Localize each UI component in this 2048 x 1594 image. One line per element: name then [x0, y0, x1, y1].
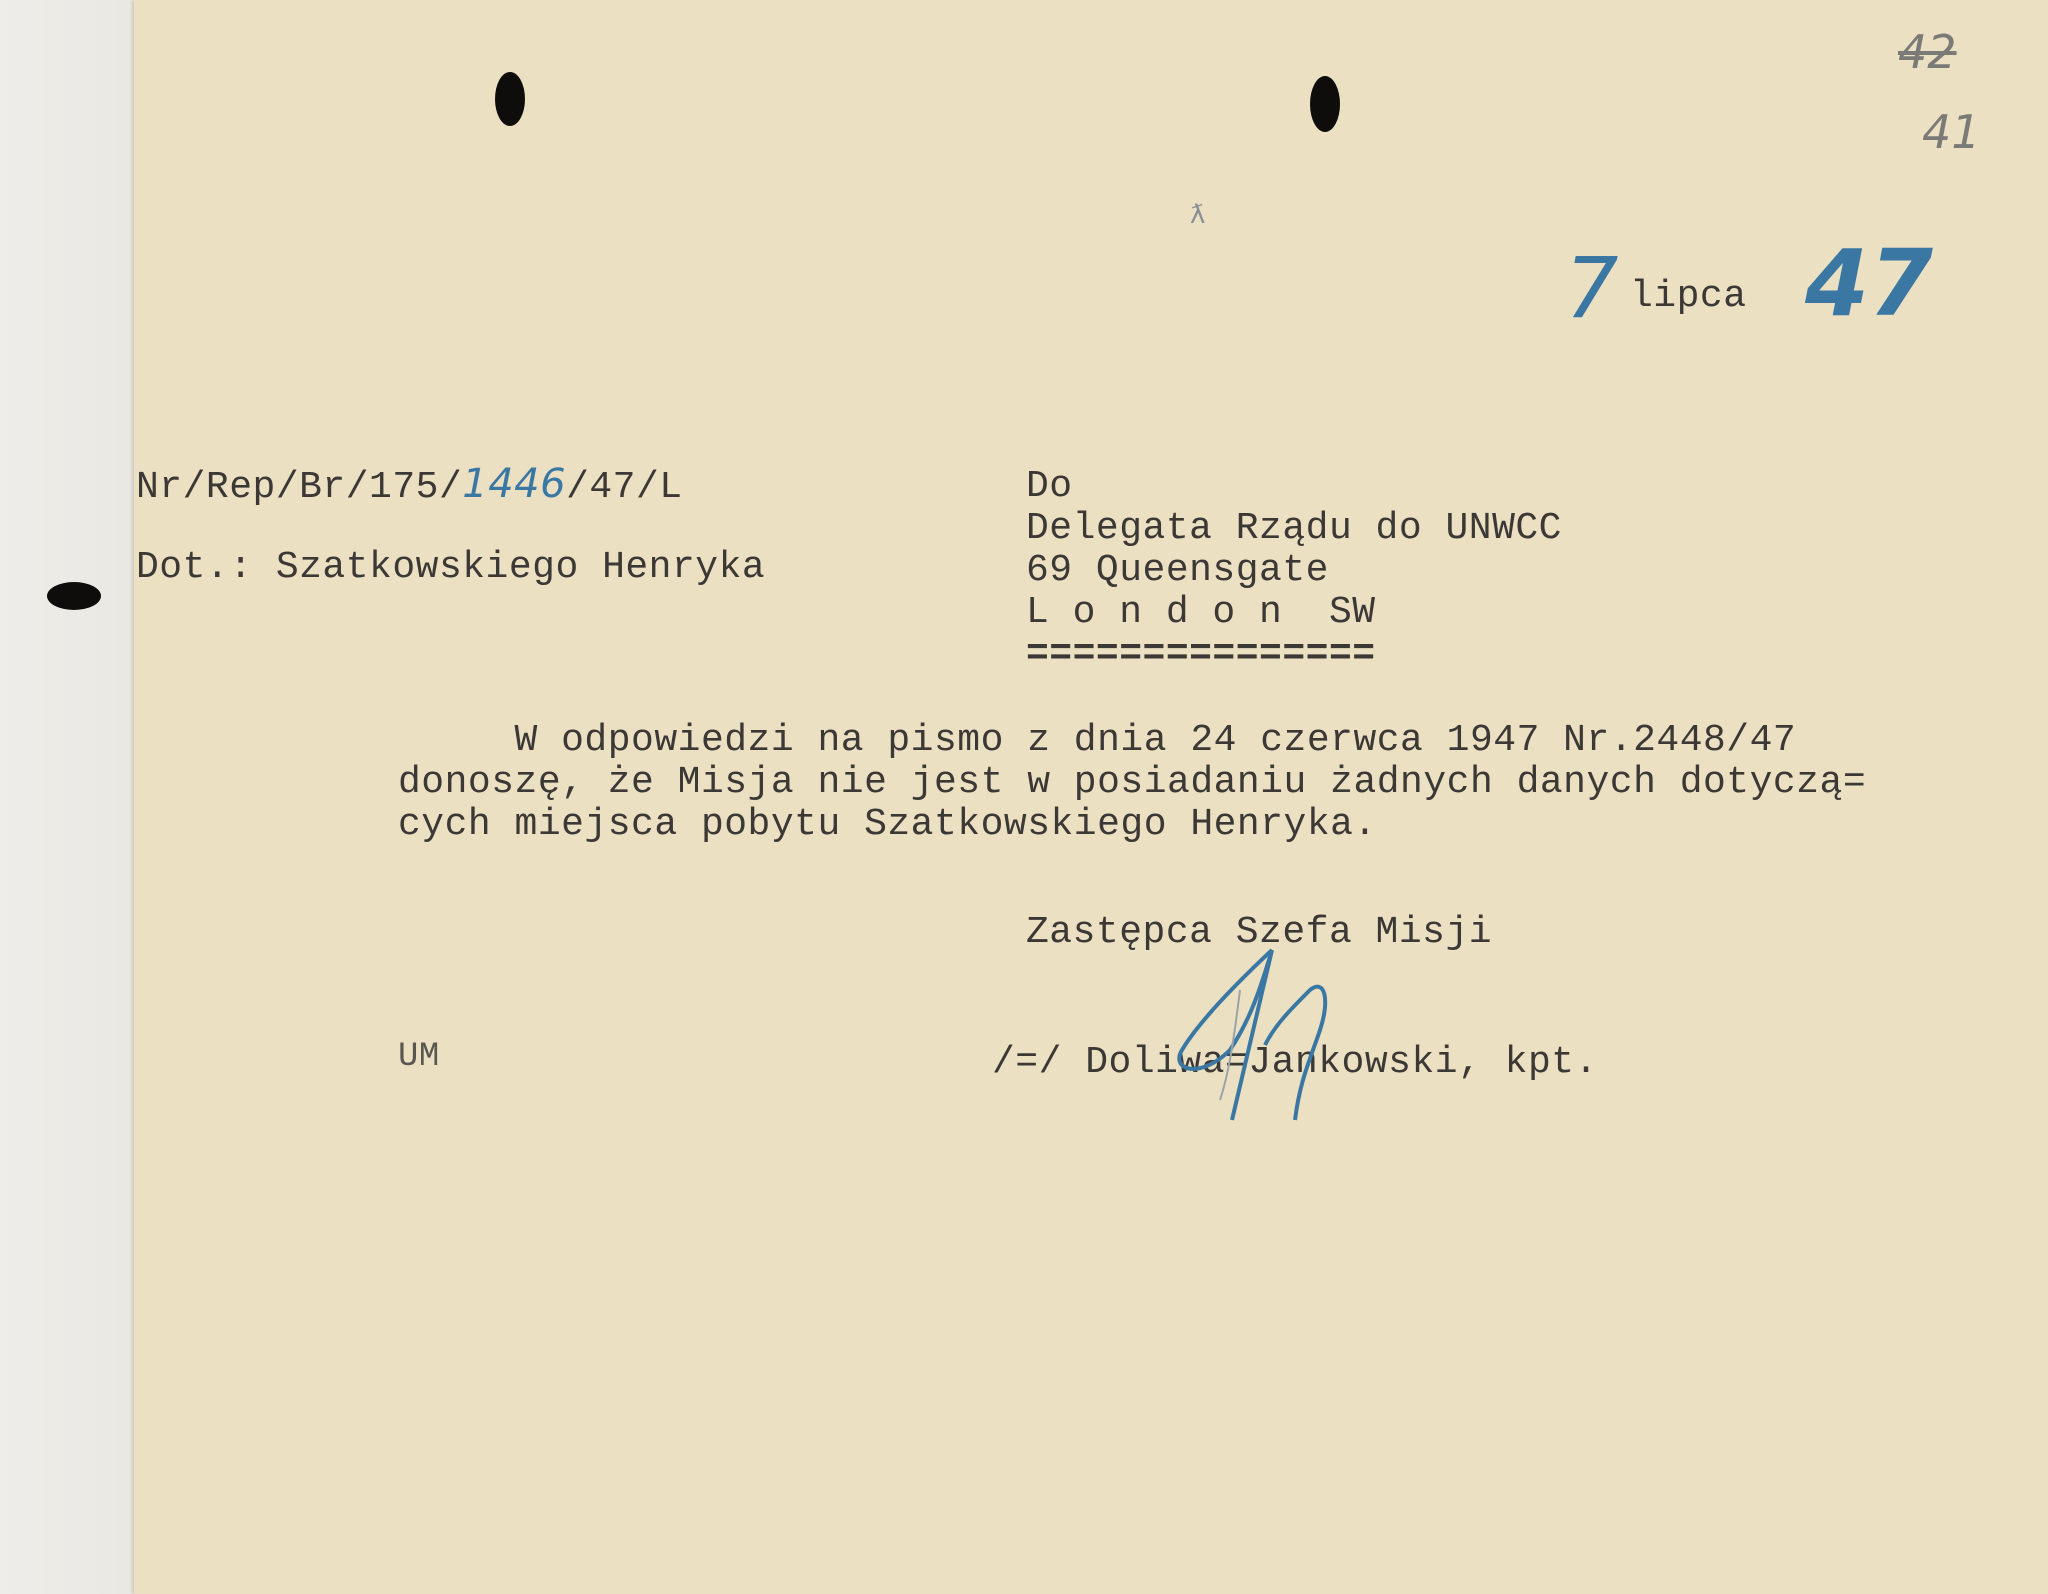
recipient-line-2: Delegata Rządu do UNWCC	[1026, 508, 1562, 550]
date-month: lipca	[1630, 276, 1747, 318]
punch-hole-top-right	[1310, 76, 1340, 132]
recipient-underline: ===============	[1026, 634, 1376, 676]
reference-suffix: /47/L	[566, 466, 683, 509]
ink-smudge: ƛ	[1190, 200, 1205, 230]
body-line-3: cych miejsca pobytu Szatkowskiego Henryk…	[398, 804, 1377, 846]
body-line-1: W odpowiedzi na pismo z dnia 24 czerwca …	[398, 720, 1796, 762]
archive-page-number-crossed: 42	[1898, 28, 1957, 76]
date-year-handwritten: 47	[1805, 234, 1933, 334]
reference-number-handwritten: 1446	[462, 461, 566, 507]
reference-number: Nr/Rep/Br/175/1446/47/L	[136, 463, 683, 509]
recipient-line-4: L o n d o n SW	[1026, 592, 1376, 634]
body-line-2: donoszę, że Misja nie jest w posiadaniu …	[398, 762, 1866, 804]
reference-prefix: Nr/Rep/Br/175/	[136, 466, 462, 509]
typist-initials: UM	[398, 1036, 440, 1078]
subject-line: Dot.: Szatkowskiego Henryka	[136, 547, 765, 589]
handwritten-signature	[1160, 930, 1350, 1130]
recipient-line-1: Do	[1026, 466, 1073, 508]
punch-hole-left	[47, 582, 101, 610]
archive-page-number: 41	[1922, 108, 1981, 156]
date-day-handwritten: 7	[1565, 240, 1618, 336]
recipient-line-3: 69 Queensgate	[1026, 550, 1329, 592]
backing-sheet	[0, 0, 134, 1594]
punch-hole-top-left	[495, 72, 525, 126]
